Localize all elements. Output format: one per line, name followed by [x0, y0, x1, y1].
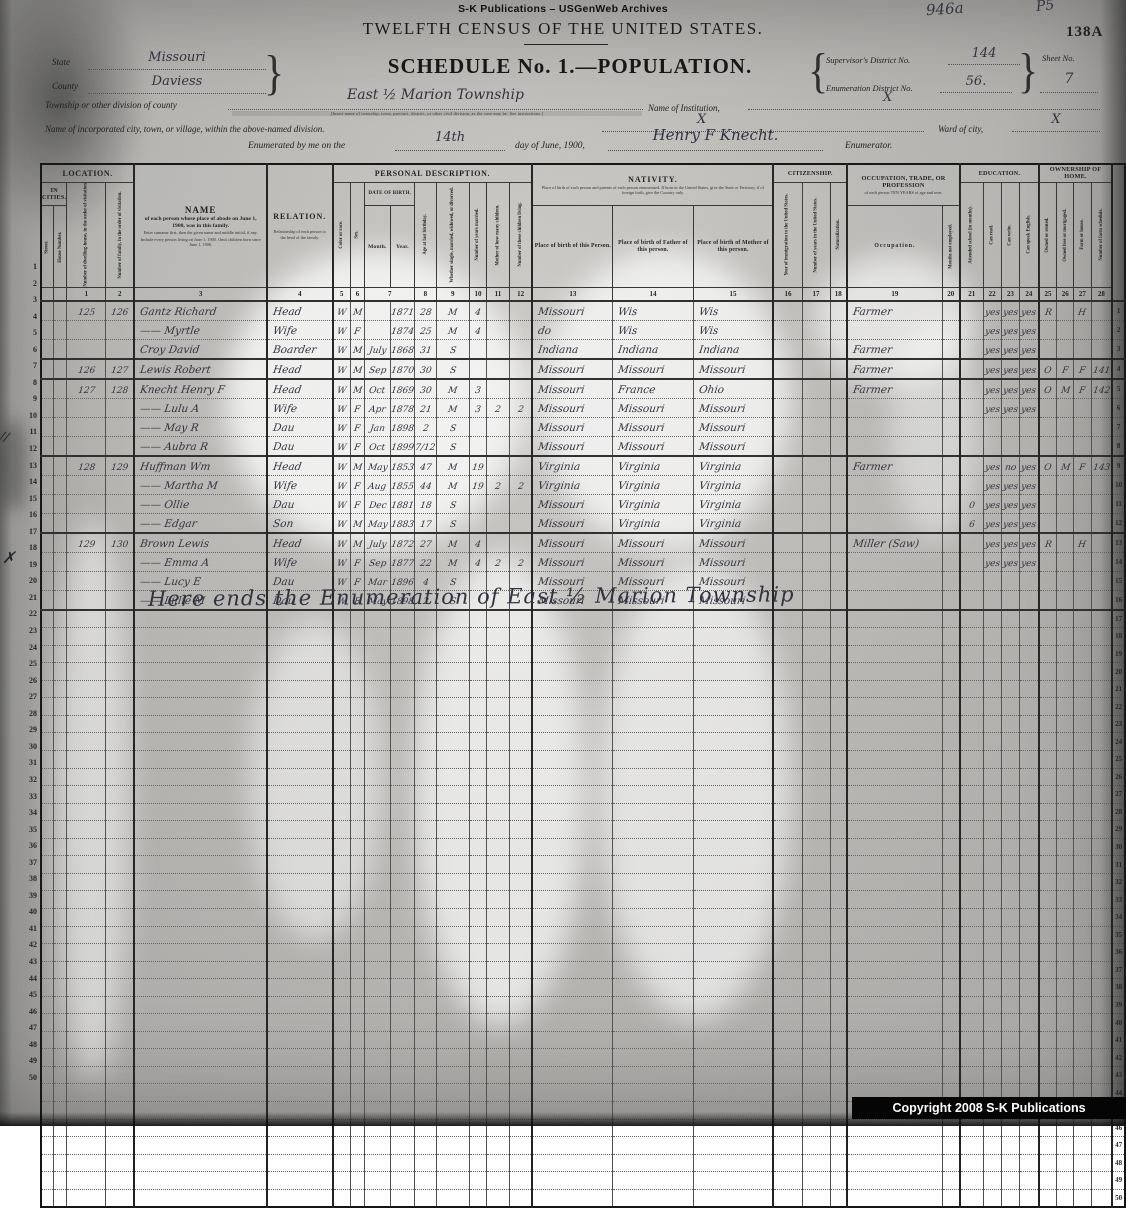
state-field: Missouri [88, 48, 266, 70]
col-num: 22 [983, 288, 1001, 301]
col-num: 13 [532, 288, 612, 301]
row-number: 27 [1112, 786, 1125, 804]
row-number: 29 [1112, 821, 1125, 839]
cell-value: yes [984, 366, 1000, 376]
cell-value: Son [272, 518, 294, 530]
col-dwelling-number: Number of dwelling-house, in the order o… [67, 182, 106, 288]
cell-value: W [336, 482, 347, 492]
cell-value: 1898 [390, 424, 414, 434]
col-num: 26 [1057, 288, 1074, 301]
cell-value: 19 [472, 482, 485, 492]
cell-value: May [367, 520, 388, 530]
margin-row-number: 12 [22, 444, 37, 461]
margin-row-number: 32 [22, 775, 37, 792]
cell-value: yes [1021, 346, 1037, 356]
cell-value: M [447, 327, 458, 337]
margin-row-number: 40 [22, 907, 37, 924]
margin-row-number: 25 [22, 659, 37, 676]
cell-value: Sep [368, 366, 387, 376]
col-pob-person: Place of birth of this Person. [532, 206, 612, 288]
cell-value: S [449, 424, 457, 434]
cell-value: Missouri [538, 441, 586, 453]
col-group-education: EDUCATION. [960, 164, 1039, 182]
cell-value: O [1044, 366, 1053, 376]
table-row: 29 [41, 821, 1125, 839]
copyright-bar: Copyright 2008 S-K Publications [852, 1097, 1126, 1119]
enumerator-name-field: Henry F Knecht. [608, 126, 823, 151]
table-row: 20 [41, 663, 1125, 681]
col-num: 7 [365, 288, 415, 301]
margin-row-number: 39 [22, 891, 37, 908]
cell-value: H [1078, 308, 1087, 318]
cell-value: F [354, 482, 362, 492]
row-number: 46 [1112, 1119, 1125, 1126]
cell-value: 142 [1092, 386, 1111, 396]
margin-row-number: 8 [22, 378, 37, 395]
cell-value: Missouri [617, 422, 665, 434]
cell-value: W [336, 424, 347, 434]
cell-value: Farmer [852, 384, 893, 396]
row-number: 39 [1112, 996, 1125, 1014]
cell-value: Missouri [538, 306, 586, 318]
cell-value: Wis [617, 306, 638, 318]
cell-value: W [336, 366, 347, 376]
cell-value: 3 [474, 405, 481, 415]
cell-value: 2 [494, 405, 501, 415]
cell-value: Missouri [538, 364, 586, 376]
row-number: 9 [1112, 456, 1125, 476]
county-label: County [52, 81, 78, 91]
table-row: —— EdgarSonWMMay188317SMissouriVirginiaV… [41, 513, 1125, 533]
col-farm-or-house: Farm or house. [1074, 182, 1091, 288]
name-sub: of each person whose place of abode on J… [138, 216, 263, 229]
cell-value: 1869 [390, 386, 414, 396]
margin-row-number: 45 [22, 990, 37, 1007]
cell-value: yes [1021, 482, 1037, 492]
margin-row-number: 38 [22, 874, 37, 891]
cell-value: Dau [272, 499, 295, 511]
table-row: 21 [41, 680, 1125, 698]
cell-value: Head [272, 461, 302, 473]
margin-row-number: 36 [22, 841, 37, 858]
margin-row-number: 33 [22, 792, 37, 809]
cell-value: yes [1021, 520, 1037, 530]
cell-value: M [352, 346, 363, 356]
margin-row-number: 47 [22, 1023, 37, 1040]
row-number: 18 [1112, 628, 1125, 646]
col-num: 23 [1001, 288, 1019, 301]
col-mother-of-children: Mother of how many children. [487, 182, 510, 288]
cell-value: F [354, 501, 362, 511]
cell-value: Missouri [538, 557, 586, 569]
cell-value: Virginia [538, 461, 582, 473]
cell-value: M [447, 559, 458, 569]
row-number: 42 [1112, 1049, 1125, 1067]
cell-value: yes [1021, 559, 1037, 569]
col-birth-month: Month. [365, 206, 390, 288]
cell-value: Jan [369, 424, 385, 434]
col-marital-status: Whether single, married, widowed, or div… [436, 182, 469, 288]
table-row: 38 [41, 979, 1125, 997]
cell-value: 19 [472, 463, 485, 473]
col-relation: RELATION. Relationship of each person to… [267, 164, 332, 288]
row-number: 23 [1112, 715, 1125, 733]
cell-value: 21 [419, 405, 432, 415]
table-row: 36 [41, 944, 1125, 962]
table-row: —— MyrtleWifeWF187425M4doWisWisyesyesyes… [41, 320, 1125, 339]
table-row: 24 [41, 733, 1125, 751]
cell-value: 27 [419, 540, 432, 550]
nativity-sub: Place of birth of each person and parent… [536, 185, 769, 196]
table-row: 126127Lewis RobertHeadWMSep187030SMissou… [41, 359, 1125, 379]
col-num: 25 [1039, 288, 1057, 301]
col-children-living: Number of these children living. [509, 182, 532, 288]
cell-value: —— Edgar [139, 518, 197, 530]
cell-value: Missouri [538, 499, 586, 511]
cell-value: W [336, 386, 347, 396]
cell-value: Head [272, 384, 302, 396]
cell-value: Wife [272, 325, 298, 337]
col-num: 18 [830, 288, 847, 301]
cell-value: yes [1021, 405, 1037, 415]
cell-value: R [1044, 308, 1052, 318]
table-row: 42 [41, 1049, 1125, 1067]
margin-row-number: 22 [22, 609, 37, 626]
cell-value: W [336, 308, 347, 318]
cell-value: Miller (Saw) [852, 538, 920, 550]
col-group-ownership: OWNERSHIP OF HOME. [1039, 164, 1112, 182]
cell-value: Missouri [698, 441, 746, 453]
enumerated-day-field: 14th [395, 128, 505, 151]
row-number: 19 [1112, 645, 1125, 663]
margin-row-number: 41 [22, 924, 37, 941]
col-num: 14 [613, 288, 693, 301]
supervisor-district-field: 144 [948, 44, 1020, 65]
row-number: 34 [1112, 908, 1125, 926]
margin-row-number: 34 [22, 808, 37, 825]
cell-value: Missouri [538, 384, 586, 396]
cell-value: 4 [474, 327, 481, 337]
ward-label: Ward of city, [938, 124, 983, 134]
cell-value: 127 [111, 366, 130, 376]
col-num: 2 [106, 288, 135, 301]
cell-value: 1899 [390, 443, 414, 453]
cell-value: W [336, 501, 347, 511]
table-row: 39 [41, 996, 1125, 1014]
cell-value: Virginia [617, 499, 661, 511]
col-num: 1 [67, 288, 106, 301]
col-num: 15 [693, 288, 773, 301]
cell-value: Farmer [852, 461, 893, 473]
table-row: —— Aubra RDauWFOct18997/12SMissouriMisso… [41, 436, 1125, 456]
cell-value: —— Ollie [139, 499, 190, 511]
col-num: 12 [509, 288, 532, 301]
row-number: 12 [1112, 513, 1125, 533]
township-field: East ½ Marion Township [228, 86, 643, 110]
cell-value: Wis [698, 306, 719, 318]
col-color-race: Color or race. [333, 182, 351, 288]
enumerator-name: Henry F Knecht. [653, 126, 779, 144]
column-number-row: 1 2 3 4 5 6 7 8 9 10 11 12 13 14 15 16 1 [41, 288, 1125, 301]
cell-value: Oct [369, 443, 386, 453]
margin-row-number: 21 [22, 593, 37, 610]
cell-value: Missouri [617, 557, 665, 569]
sheet-value: 7 [1065, 71, 1074, 87]
township-label: Township or other division of county [45, 100, 177, 110]
col-num: 16 [773, 288, 802, 301]
occupation-sub: of each person TEN YEARS of age and over… [851, 190, 956, 195]
table-row: 33 [41, 891, 1125, 909]
col-pob-mother: Place of birth of Mother of this person. [693, 206, 773, 288]
cell-value: Aug [368, 482, 387, 492]
cell-value: Huffman Wm [139, 461, 211, 473]
margin-row-number: 42 [22, 940, 37, 957]
margin-row-number: 11 [22, 427, 37, 444]
cell-value: M [447, 386, 458, 396]
col-group-personal: PERSONAL DESCRIPTION. [333, 164, 533, 182]
col-num: 6 [350, 288, 365, 301]
cell-value: Virginia [698, 518, 742, 530]
cell-value: Oct [369, 386, 386, 396]
cell-value: Ohio [698, 384, 725, 396]
table-row: 128129Huffman WmHeadWMMay185347M19Virgin… [41, 456, 1125, 476]
row-number: 43 [1112, 1066, 1125, 1084]
col-date-of-birth: DATE OF BIRTH. [365, 182, 415, 206]
col-num [54, 288, 67, 301]
cell-value: H [1078, 540, 1087, 550]
cell-value: July [368, 540, 387, 550]
cell-value: 1855 [390, 482, 414, 492]
margin-row-number: 20 [22, 576, 37, 593]
row-number: 21 [1112, 680, 1125, 698]
col-can-write: Can write. [1001, 182, 1019, 288]
cell-value: Virginia [617, 518, 661, 530]
col-years-married: Number of years married. [469, 182, 486, 288]
margin-row-number: 7 [22, 361, 37, 378]
col-can-speak-english: Can speak English. [1019, 182, 1038, 288]
cell-value: 1877 [390, 559, 414, 569]
cell-value: 143 [1092, 463, 1111, 473]
cell-value: Missouri [538, 538, 586, 550]
col-num: 4 [267, 288, 332, 301]
margin-row-number: 44 [22, 974, 37, 991]
row-number: 13 [1112, 533, 1125, 553]
cell-value: 3 [474, 386, 481, 396]
city-value: X [697, 112, 706, 127]
cell-value: M [447, 405, 458, 415]
institution-field: X [748, 88, 1100, 110]
cell-value: yes [1002, 482, 1018, 492]
cell-value: 2 [517, 405, 524, 415]
cell-value: F [1079, 386, 1087, 396]
cell-value: Missouri [698, 422, 746, 434]
col-num: 20 [942, 288, 960, 301]
cell-value: yes [1021, 308, 1037, 318]
cell-value: yes [1002, 405, 1018, 415]
margin-row-number: 26 [22, 676, 37, 693]
cell-value: 17 [419, 520, 432, 530]
row-number: 22 [1112, 698, 1125, 716]
cell-value: M [352, 540, 363, 550]
cell-value: Missouri [538, 518, 586, 530]
col-sex: Sex. [350, 182, 365, 288]
col-immigration-year: Year of immigration to the United States… [773, 182, 802, 288]
row-number: 15 [1112, 571, 1125, 590]
cell-value: 1871 [390, 308, 414, 318]
table-row: 18 [41, 628, 1125, 646]
cell-value: 30 [419, 386, 432, 396]
cell-value: W [336, 346, 347, 356]
table-row: 43 [41, 1066, 1125, 1084]
cell-value: Virginia [698, 480, 742, 492]
cell-value: 1881 [390, 501, 414, 511]
cell-value: Missouri [698, 557, 746, 569]
cell-value: Gantz Richard [139, 306, 217, 318]
cell-value: 126 [77, 366, 96, 376]
cell-value: do [538, 325, 553, 337]
institution-value: X [883, 90, 892, 105]
cell-value: yes [1002, 346, 1018, 356]
cell-value: Wife [272, 557, 298, 569]
table-row: 19 [41, 645, 1125, 663]
col-num [41, 288, 54, 301]
col-owned-free-mortgaged: Owned free or mortgaged. [1057, 182, 1074, 288]
title-rule [524, 44, 608, 45]
cell-value: 128 [77, 463, 96, 473]
cell-value: Wis [617, 325, 638, 337]
row-number: 10 [1112, 475, 1125, 494]
row-number: 28 [1112, 803, 1125, 821]
row-number: 2 [1112, 320, 1125, 339]
cell-value: M [1060, 463, 1071, 473]
table-row: —— Emma AWifeWFSep187722M422MissouriMiss… [41, 552, 1125, 571]
cell-value: —— Myrtle [139, 325, 201, 337]
cell-value: M [352, 463, 363, 473]
cell-value: Farmer [852, 364, 893, 376]
row-number: 25 [1112, 751, 1125, 769]
cell-value: —— Martha M [139, 480, 218, 492]
cell-value: yes [984, 501, 1000, 511]
cell-value: —— Lulu A [139, 403, 200, 415]
cell-value: 129 [111, 463, 130, 473]
row-number: 30 [1112, 838, 1125, 856]
cell-value: Brown Lewis [139, 538, 210, 550]
col-owned-rented: Owned or rented. [1039, 182, 1057, 288]
cell-value: W [336, 443, 347, 453]
table-row: 46 [41, 1119, 1125, 1126]
cell-value: yes [984, 405, 1000, 415]
census-title: TWELFTH CENSUS OF THE UNITED STATES. [0, 19, 1126, 39]
relation-sub: Relationship of each person to the head … [271, 229, 328, 240]
cell-value: yes [984, 386, 1000, 396]
cell-value: Head [272, 538, 302, 550]
cell-value: M [352, 366, 363, 376]
cell-value: W [336, 463, 347, 473]
table-row: 23 [41, 715, 1125, 733]
table-row: 41 [41, 1031, 1125, 1049]
cell-value: F [354, 424, 362, 434]
margin-row-number: 49 [22, 1056, 37, 1073]
margin-row-number: 23 [22, 626, 37, 643]
cell-value: 18 [419, 501, 432, 511]
col-name: NAME of each person whose place of abode… [134, 164, 267, 288]
state-label: State [52, 57, 70, 67]
col-family-number: Number of family, in the order of visita… [106, 182, 135, 288]
cell-value: F [1061, 366, 1069, 376]
cell-value: yes [1002, 366, 1018, 376]
ward-value: X [1051, 112, 1060, 127]
enumerated-suffix: Enumerator. [845, 141, 892, 151]
cell-value: yes [984, 346, 1000, 356]
row-number: 36 [1112, 944, 1125, 962]
col-birth-year: Year. [390, 206, 415, 288]
census-table: LOCATION. NAME of each person whose plac… [40, 163, 1126, 1126]
row-number: 31 [1112, 856, 1125, 874]
cell-value: 31 [419, 346, 432, 356]
cell-value: M [447, 308, 458, 318]
cell-value: yes [1021, 327, 1037, 337]
cell-value: W [336, 327, 347, 337]
cell-value: Head [272, 364, 302, 376]
cell-value: S [449, 501, 457, 511]
cell-value: W [336, 559, 347, 569]
row-number: 14 [1112, 552, 1125, 571]
row-number: 4 [1112, 359, 1125, 379]
cell-value: yes [1002, 559, 1018, 569]
cell-value: 44 [419, 482, 432, 492]
cell-value: 2 [517, 482, 524, 492]
table-row: 17 [41, 610, 1125, 628]
table-row: 31 [41, 856, 1125, 874]
cell-value: M [447, 482, 458, 492]
row-number: 38 [1112, 979, 1125, 997]
col-naturalization: Naturalization. [830, 182, 847, 288]
cell-value: F [1079, 463, 1087, 473]
col-num: 17 [802, 288, 830, 301]
cell-value: S [449, 520, 457, 530]
col-num: 28 [1091, 288, 1112, 301]
cell-value: Missouri [617, 364, 665, 376]
col-months-not-employed: Months not employed. [942, 206, 960, 288]
cell-value: yes [984, 540, 1000, 550]
row-number: 17 [1112, 610, 1125, 628]
margin-row-number: 15 [22, 494, 37, 511]
enumerated-day: 14th [435, 130, 465, 145]
cell-value: 1883 [390, 520, 414, 530]
cell-value: Indiana [538, 344, 580, 356]
cell-value: Knecht Henry F [139, 384, 225, 396]
cell-value: F [354, 559, 362, 569]
cell-value: O [1044, 463, 1053, 473]
page-number: 138A [1066, 24, 1103, 41]
cell-value: 129 [77, 540, 96, 550]
cell-value: Wis [698, 325, 719, 337]
state-value: Missouri [148, 50, 205, 65]
cell-value: Missouri [617, 538, 665, 550]
margin-row-number: 3 [22, 295, 37, 312]
col-num: 8 [415, 288, 436, 301]
cell-value: M [447, 540, 458, 550]
cell-value: Missouri [698, 364, 746, 376]
handwritten-page-mark: 946a [925, 0, 964, 19]
col-num: 21 [960, 288, 983, 301]
margin-row-number: 29 [22, 725, 37, 742]
cell-value: 1874 [390, 327, 414, 337]
col-num: 3 [134, 288, 267, 301]
handwritten-page-mark-2: P5 [1035, 0, 1055, 15]
cell-value: Indiana [698, 344, 740, 356]
cell-value: O [1044, 386, 1053, 396]
